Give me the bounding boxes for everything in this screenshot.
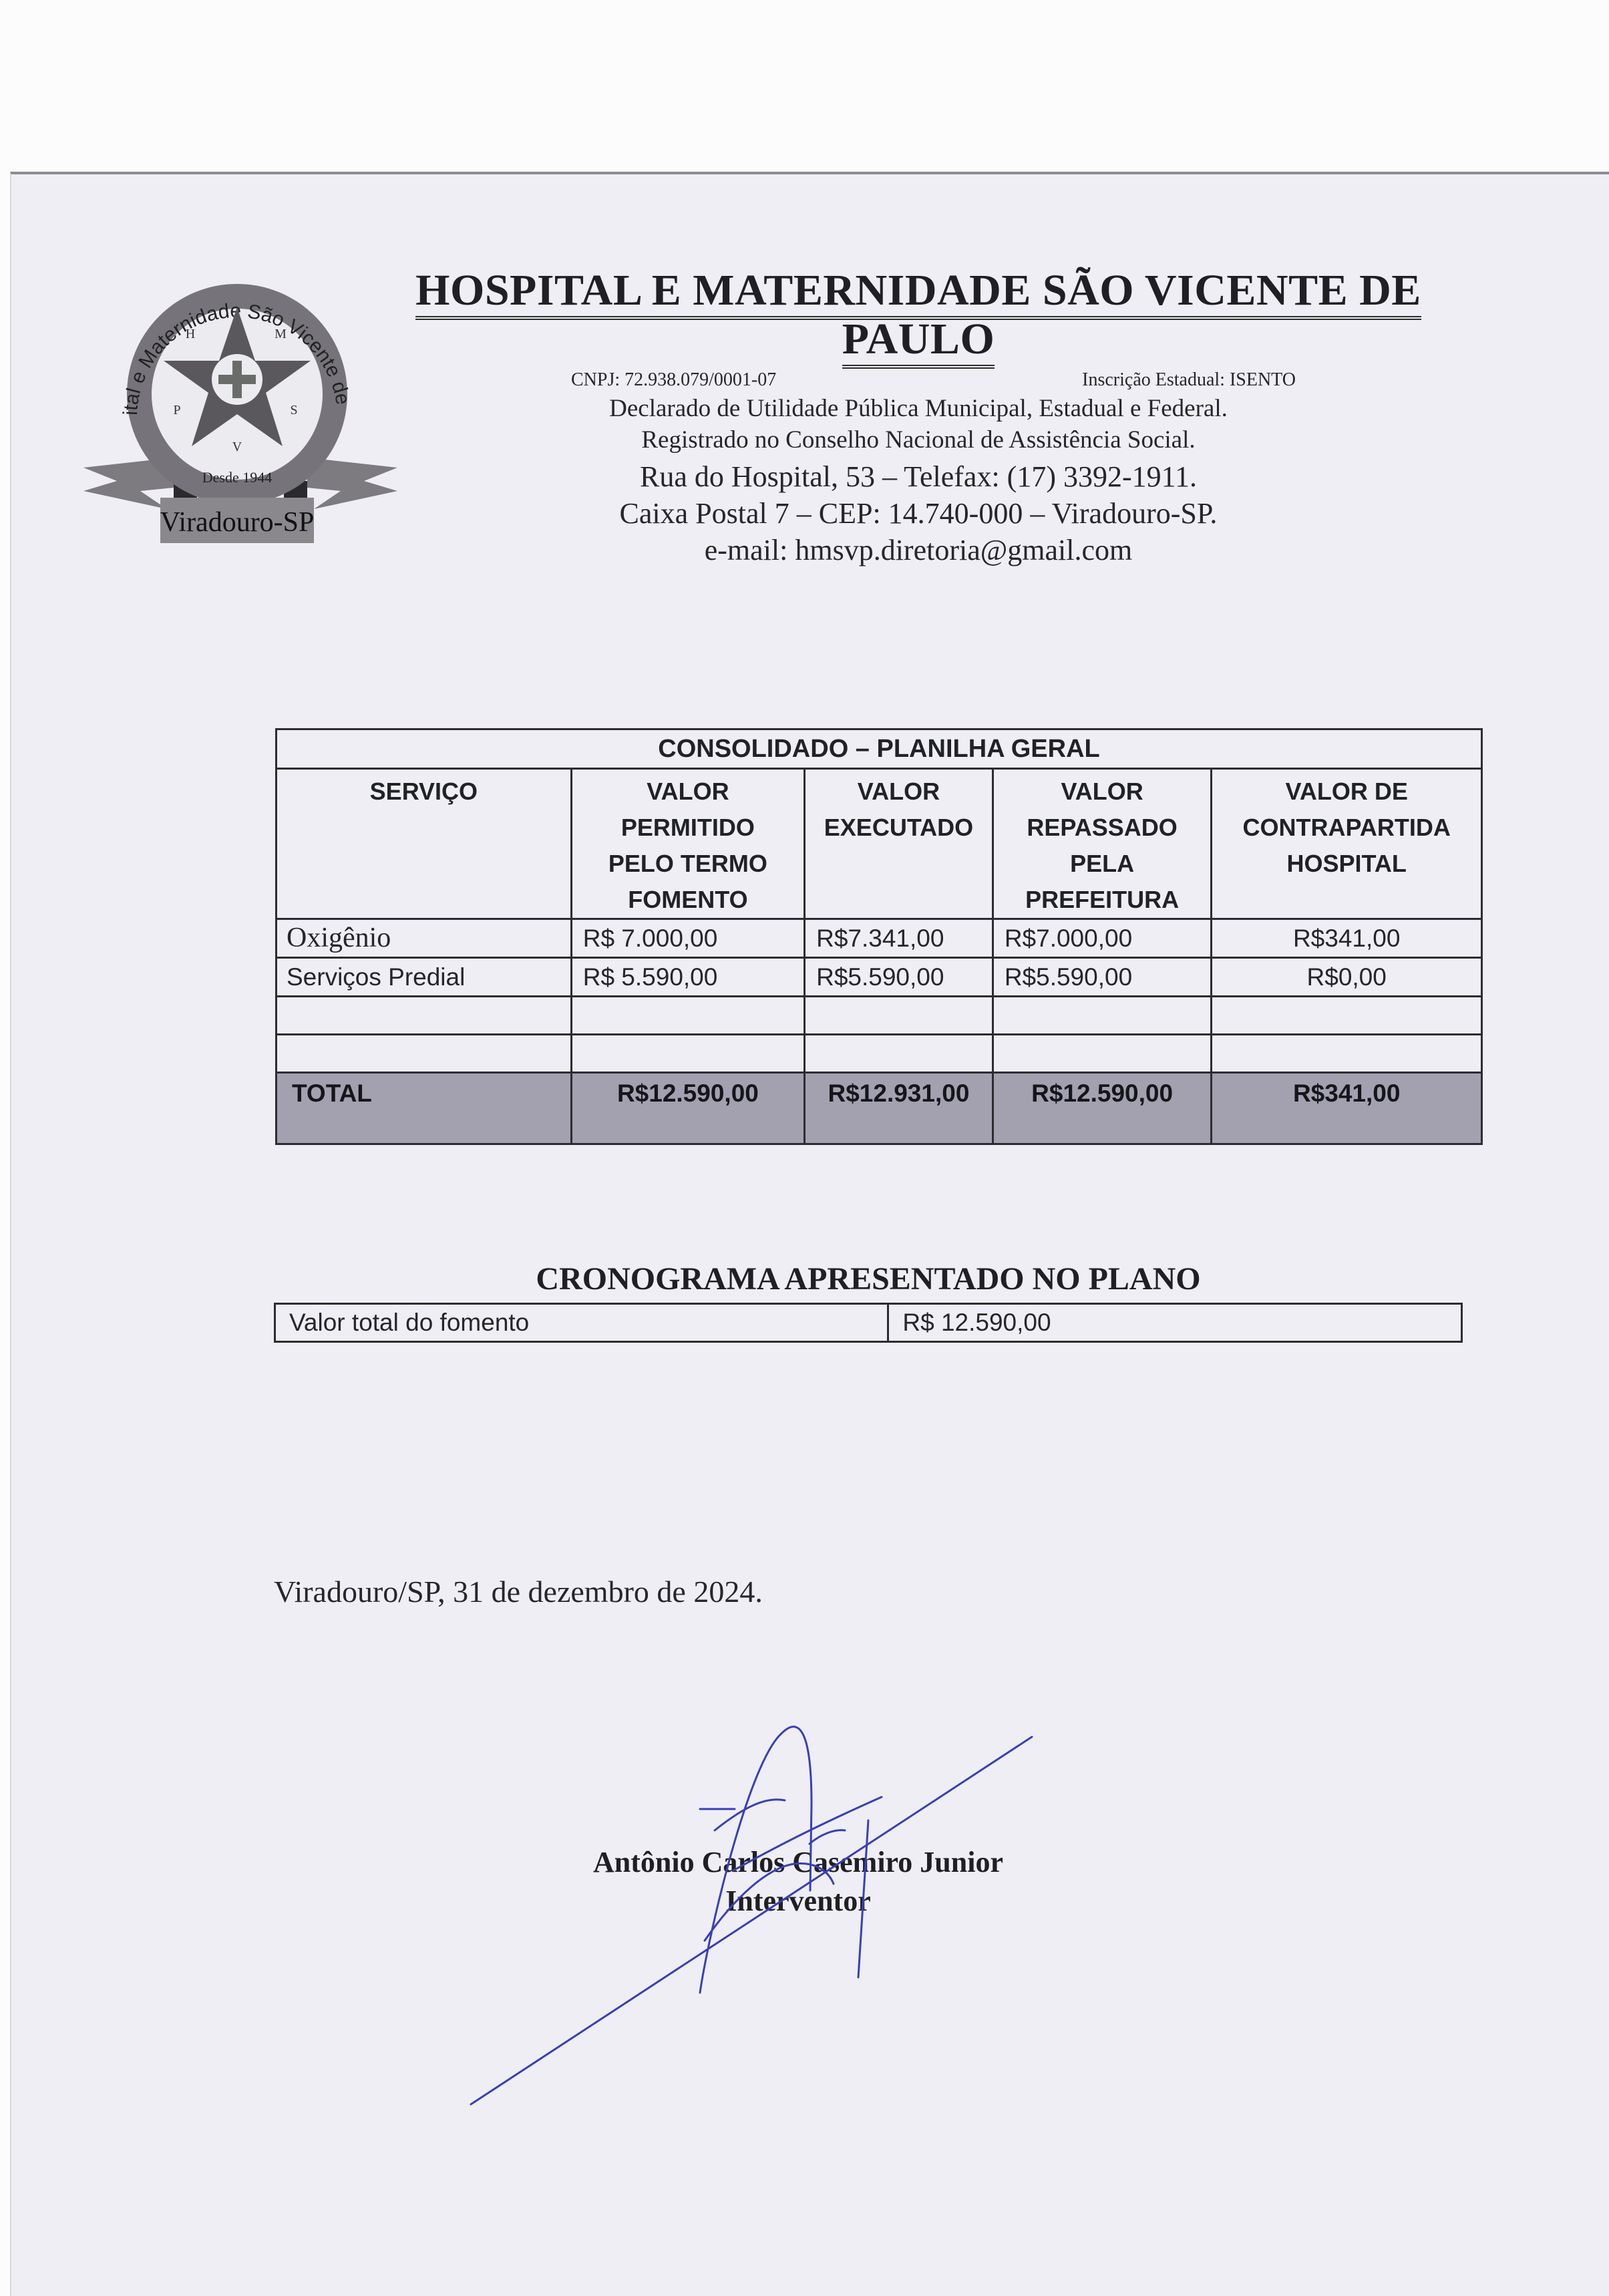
value-cell: R$5.590,00 xyxy=(805,958,993,997)
table-row: OxigênioR$ 7.000,00R$7.341,00R$7.000,00R… xyxy=(277,919,1482,958)
column-header-line: PELO TERMO xyxy=(572,846,803,882)
table-header-row: SERVIÇOVALORPERMITIDOPELO TERMOFOMENTOVA… xyxy=(277,769,1482,919)
total-value-cell: R$341,00 xyxy=(1212,1073,1482,1144)
total-value-cell: R$12.590,00 xyxy=(993,1073,1212,1144)
hospital-name-line1: HOSPITAL E MATERNIDADE SÃO VICENTE DE xyxy=(374,265,1463,316)
state-registration: Inscrição Estadual: ISENTO xyxy=(1082,369,1296,391)
column-header-line: CONTRAPARTIDA xyxy=(1212,810,1481,846)
value-cell xyxy=(571,1035,804,1073)
column-header: VALOR DECONTRAPARTIDAHOSPITAL xyxy=(1212,769,1482,919)
table-row xyxy=(277,997,1482,1035)
schedule-label: Valor total do fomento xyxy=(275,1304,888,1342)
cnpj: CNPJ: 72.938.079/0001-07 xyxy=(571,369,776,391)
column-header-line: VALOR xyxy=(994,774,1211,810)
service-name-cell: Oxigênio xyxy=(277,919,572,958)
column-header-line: VALOR DE xyxy=(1212,774,1481,810)
value-cell xyxy=(1212,1035,1482,1073)
column-header: VALORPERMITIDOPELO TERMOFOMENTO xyxy=(571,769,804,919)
schedule-table: Valor total do fomento R$ 12.590,00 xyxy=(274,1303,1463,1343)
value-cell xyxy=(571,997,804,1035)
table-total-row: TOTALR$12.590,00R$12.931,00R$12.590,00R$… xyxy=(277,1073,1482,1144)
registration-row: CNPJ: 72.938.079/0001-07 Inscrição Estad… xyxy=(571,369,1296,391)
svg-text:Desde 1944: Desde 1944 xyxy=(202,469,272,486)
column-header-line: PERMITIDO xyxy=(572,810,803,846)
signer-name: Antônio Carlos Casemiro Junior xyxy=(468,1845,1129,1879)
column-header: VALOREXECUTADO xyxy=(805,769,993,919)
table-row: Serviços PredialR$ 5.590,00R$5.590,00R$5… xyxy=(277,958,1482,997)
table-row xyxy=(277,1035,1482,1073)
column-header-line: PELA xyxy=(994,846,1211,882)
service-name-cell xyxy=(277,1035,572,1073)
value-cell xyxy=(1212,997,1482,1035)
email-line: e-mail: hmsvp.diretoria@gmail.com xyxy=(374,533,1463,567)
service-name-cell: Serviços Predial xyxy=(277,958,572,997)
value-cell: R$7.000,00 xyxy=(993,919,1212,958)
svg-text:H: H xyxy=(186,327,195,341)
value-cell: R$ 7.000,00 xyxy=(571,919,804,958)
council-registration: Registrado no Conselho Nacional de Assis… xyxy=(374,426,1463,454)
column-header: VALORREPASSADOPELAPREFEITURA xyxy=(993,769,1212,919)
column-header-line: SERVIÇO xyxy=(277,774,570,810)
value-cell: R$0,00 xyxy=(1212,958,1482,997)
value-cell: R$341,00 xyxy=(1212,919,1482,958)
total-label: TOTAL xyxy=(277,1073,572,1144)
signer-role: Interventor xyxy=(468,1884,1129,1918)
column-header-line: VALOR xyxy=(806,774,992,810)
schedule-title: CRONOGRAMA APRESENTADO NO PLANO xyxy=(274,1261,1463,1297)
hospital-logo-icon: Hospital e Maternidade São Vicente de Pa… xyxy=(73,261,407,548)
column-header-line: PREFEITURA xyxy=(994,882,1211,918)
consolidated-spreadsheet-table: CONSOLIDADO – PLANILHA GERAL SERVIÇOVALO… xyxy=(275,728,1483,1145)
value-cell xyxy=(993,997,1212,1035)
table-row: Valor total do fomento R$ 12.590,00 xyxy=(275,1304,1462,1342)
hospital-name-line2: PAULO xyxy=(374,314,1463,365)
column-header-line: VALOR xyxy=(572,774,803,810)
svg-text:P: P xyxy=(173,403,180,418)
column-header-line: FOMENTO xyxy=(572,882,803,918)
public-utility-declaration: Declarado de Utilidade Pública Municipal… xyxy=(374,394,1463,423)
table-caption: CONSOLIDADO – PLANILHA GERAL xyxy=(277,729,1482,769)
svg-text:V: V xyxy=(232,440,242,454)
total-value-cell: R$12.931,00 xyxy=(805,1073,993,1144)
svg-text:Viradouro-SP: Viradouro-SP xyxy=(160,507,315,538)
column-header-line: REPASSADO xyxy=(994,810,1211,846)
address-phone: Rua do Hospital, 53 – Telefax: (17) 3392… xyxy=(374,460,1463,494)
schedule-value: R$ 12.590,00 xyxy=(888,1304,1462,1342)
value-cell xyxy=(805,997,993,1035)
svg-text:M: M xyxy=(275,327,287,341)
date-line: Viradouro/SP, 31 de dezembro de 2024. xyxy=(274,1574,763,1609)
column-header-line: HOSPITAL xyxy=(1212,846,1481,882)
service-name-cell xyxy=(277,997,572,1035)
column-header-line: EXECUTADO xyxy=(806,810,992,846)
svg-text:S: S xyxy=(290,403,297,418)
total-value-cell: R$12.590,00 xyxy=(571,1073,804,1144)
value-cell: R$ 5.590,00 xyxy=(571,958,804,997)
value-cell xyxy=(993,1035,1212,1073)
postal-address: Caixa Postal 7 – CEP: 14.740-000 – Virad… xyxy=(374,496,1463,530)
value-cell: R$7.341,00 xyxy=(805,919,993,958)
value-cell xyxy=(805,1035,993,1073)
value-cell: R$5.590,00 xyxy=(993,958,1212,997)
column-header: SERVIÇO xyxy=(277,769,572,919)
